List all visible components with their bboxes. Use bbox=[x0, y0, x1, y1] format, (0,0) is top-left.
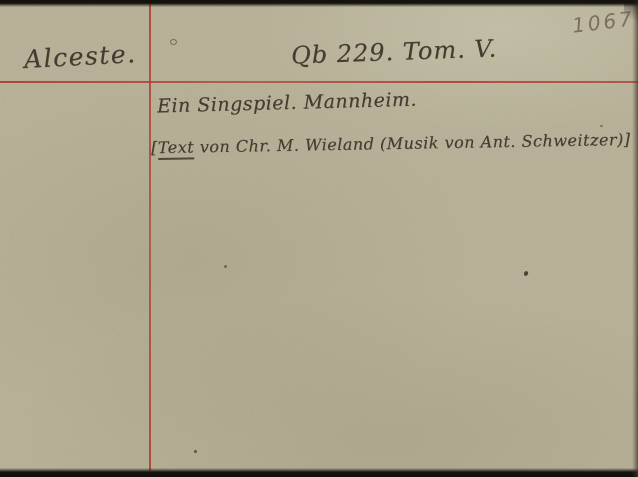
entry-line-2: [Text von Chr. M. Wieland (Musik von Ant… bbox=[151, 130, 631, 157]
vertical-rule-line bbox=[149, 0, 151, 471]
paper-speck bbox=[224, 265, 227, 268]
horizontal-rule-line bbox=[0, 81, 638, 83]
paper-speck bbox=[600, 125, 603, 127]
pencil-circle-mark bbox=[170, 39, 177, 45]
top-scan-edge bbox=[0, 0, 638, 7]
entry-line-1: Ein Singspiel. Mannheim. bbox=[157, 89, 417, 118]
shelfmark: Qb 229. Tom. V. bbox=[291, 34, 498, 69]
card-heading: Alceste. bbox=[23, 39, 137, 74]
right-scan-edge bbox=[632, 0, 638, 477]
underlined-word-text: Text bbox=[158, 137, 195, 160]
paper-speck bbox=[523, 270, 529, 276]
pencil-number: 1067 bbox=[571, 6, 636, 37]
paper-grain-texture bbox=[0, 0, 638, 477]
bottom-scan-edge bbox=[0, 468, 638, 477]
catalog-card-scan: 1067 Alceste. Qb 229. Tom. V. Ein Singsp… bbox=[0, 0, 638, 477]
entry-line-2-rest: von Chr. M. Wieland (Musik von Ant. Schw… bbox=[194, 130, 631, 157]
paper-speck bbox=[194, 450, 197, 453]
open-bracket: [ bbox=[151, 138, 158, 157]
